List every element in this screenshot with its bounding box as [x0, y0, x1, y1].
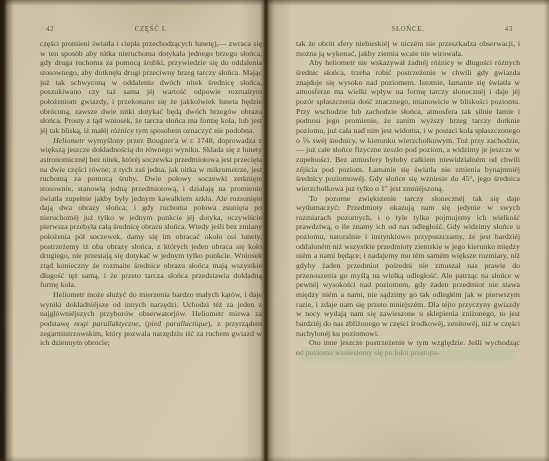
running-title: SŁOŃCE. [296, 26, 520, 33]
text-segment: tak że obrót sfery niebieskiéj w niczém … [296, 39, 520, 58]
paragraph: Heliometr może służyć do mierzenia bardz… [40, 290, 262, 348]
scan-edge-top [0, 0, 549, 6]
text-segment: pied parallactique [148, 319, 208, 328]
page-left: 42 CZĘŚĆ I. części promieni światła i ci… [0, 0, 264, 461]
book-gutter-fold [240, 0, 292, 461]
paragraph: Aby heliometr nie wskazywał żadnéj różni… [296, 58, 520, 193]
page-body-left: części promieni światła i ciepła przecho… [40, 39, 262, 348]
page-body-right: tak że obrót sfery niebieskiéj w niczém … [296, 39, 520, 358]
text-segment: nogi parallaktyczne [74, 319, 138, 328]
paragraph: części promieni światła i ciepła przecho… [40, 39, 262, 136]
page-header-right: SŁOŃCE. 43 [268, 26, 549, 36]
scan-edge-left [0, 0, 14, 461]
text-segment: Heliometr [53, 136, 85, 145]
book-spread: 42 CZĘŚĆ I. części promieni światła i ci… [0, 0, 549, 461]
text-segment: wymyślony przez Bouguer'a w r. 1748, dop… [40, 136, 262, 290]
running-title: CZĘŚĆ I. [40, 26, 262, 33]
text-segment: części promieni światła i ciepła przecho… [40, 39, 262, 135]
text-segment: To pozorne zwiększenie tarczy słonecznéj… [296, 194, 520, 338]
scan-edge-bottom [0, 456, 549, 461]
page-right: SŁOŃCE. 43 tak że obrót sfery niebieskié… [268, 0, 549, 461]
scan-edge-right [544, 0, 549, 461]
show-through-artifact [300, 350, 512, 359]
paragraph: tak że obrót sfery niebieskiéj w niczém … [296, 39, 520, 58]
text-segment: , ( [139, 319, 148, 328]
page-number: 43 [505, 26, 513, 33]
page-header-left: 42 CZĘŚĆ I. [0, 26, 264, 36]
text-segment: Aby heliometr nie wskazywał żadnéj różni… [296, 58, 520, 193]
paragraph: To pozorne zwiększenie tarczy słonecznéj… [296, 194, 520, 339]
paragraph: Heliometr wymyślony przez Bouguer'a w r.… [40, 136, 262, 291]
